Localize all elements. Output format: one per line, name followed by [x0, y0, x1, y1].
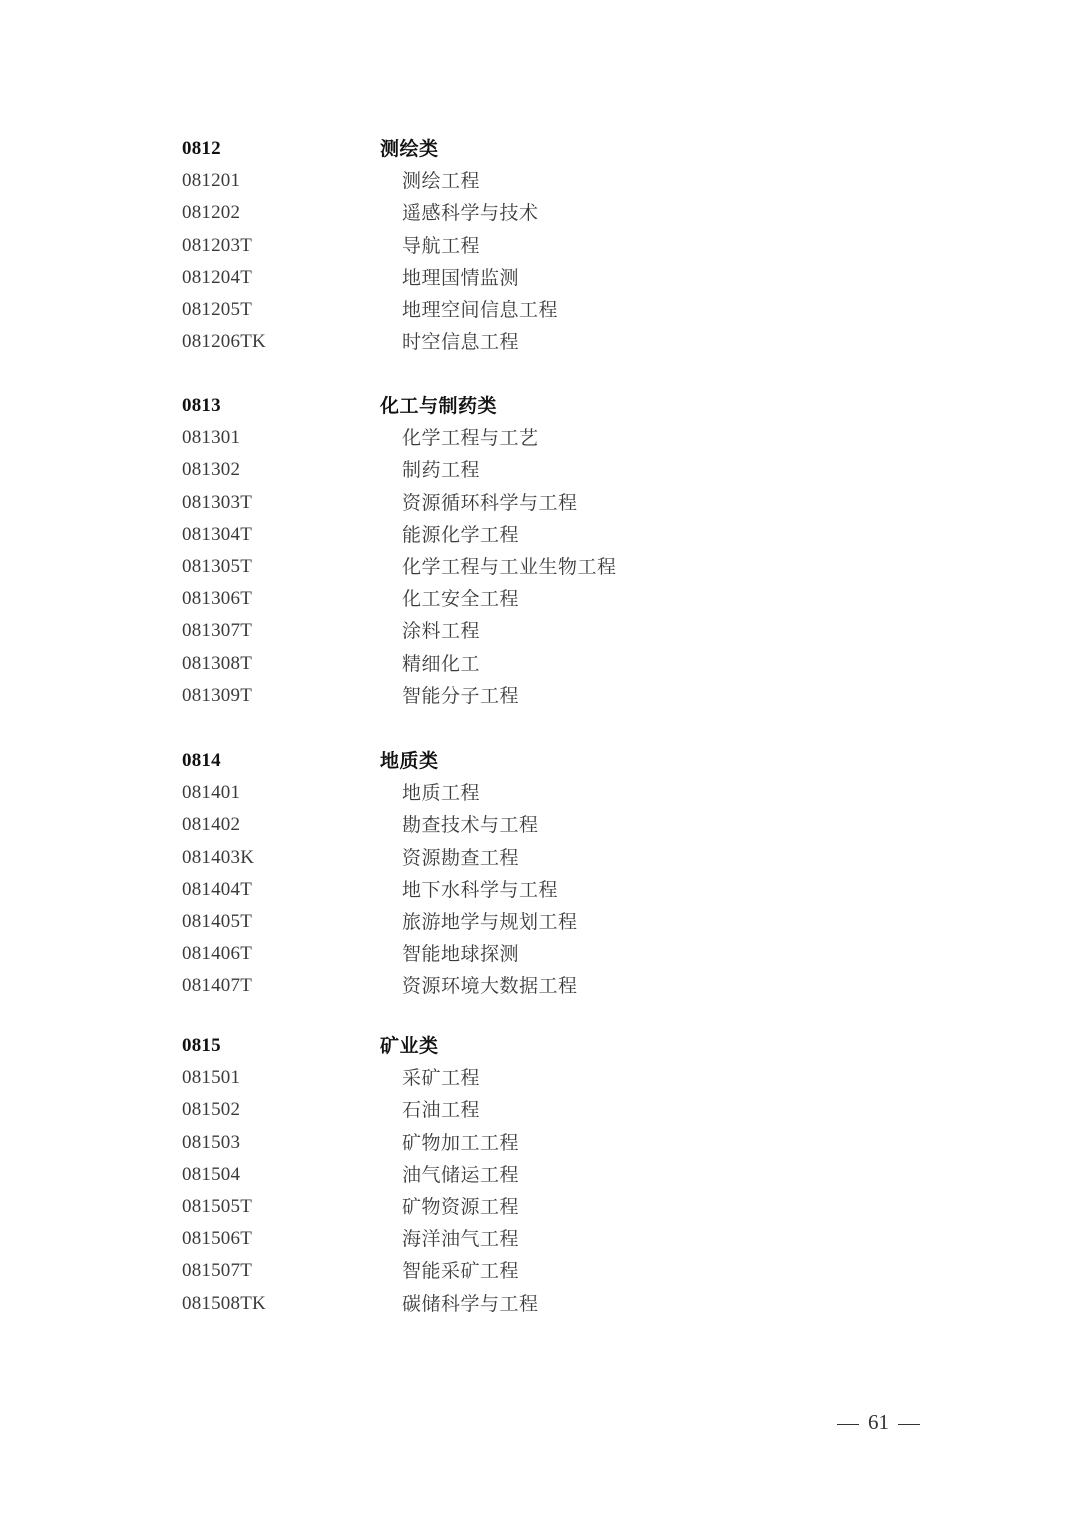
major-code: 081204T	[182, 262, 252, 294]
major-name: 地质工程	[402, 777, 480, 809]
list-item: 081403K 资源勘查工程	[182, 842, 782, 874]
dash-left-decoration	[837, 1424, 859, 1425]
major-name: 精细化工	[402, 648, 480, 680]
list-item: 081302 制药工程	[182, 454, 782, 486]
major-name: 智能分子工程	[402, 680, 519, 712]
list-item: 081405T 旅游地学与规划工程	[182, 906, 782, 938]
list-item: 081503 矿物加工工程	[182, 1127, 782, 1159]
list-item: 081309T 智能分子工程	[182, 680, 782, 712]
major-name: 矿物资源工程	[402, 1191, 519, 1223]
list-item: 081206TK 时空信息工程	[182, 326, 782, 358]
section-header: 0813 化工与制药类	[182, 390, 782, 422]
list-item: 081502 石油工程	[182, 1094, 782, 1126]
major-name: 资源循环科学与工程	[402, 487, 578, 519]
major-code: 081307T	[182, 615, 252, 647]
major-name: 采矿工程	[402, 1062, 480, 1094]
major-name: 资源环境大数据工程	[402, 970, 578, 1002]
list-item: 081505T 矿物资源工程	[182, 1191, 782, 1223]
list-item: 081301 化学工程与工艺	[182, 422, 782, 454]
list-item: 081204T 地理国情监测	[182, 262, 782, 294]
list-item: 081304T 能源化学工程	[182, 519, 782, 551]
section-0812: 0812 测绘类 081201 测绘工程 081202 遥感科学与技术 0812…	[182, 133, 782, 358]
section-title: 矿业类	[380, 1030, 439, 1062]
major-name: 石油工程	[402, 1094, 480, 1126]
major-code: 081305T	[182, 551, 252, 583]
major-code: 081508TK	[182, 1288, 266, 1320]
page-number-footer: 61	[828, 1410, 929, 1435]
section-code: 0813	[182, 390, 221, 422]
section-code: 0815	[182, 1030, 221, 1062]
list-item: 081402 勘查技术与工程	[182, 809, 782, 841]
major-code: 081306T	[182, 583, 252, 615]
section-header: 0812 测绘类	[182, 133, 782, 165]
major-code: 081503	[182, 1127, 240, 1159]
major-name: 测绘工程	[402, 165, 480, 197]
major-code: 081301	[182, 422, 240, 454]
list-item: 081305T 化学工程与工业生物工程	[182, 551, 782, 583]
list-item: 081508TK 碳储科学与工程	[182, 1288, 782, 1320]
list-item: 081407T 资源环境大数据工程	[182, 970, 782, 1002]
major-code: 081302	[182, 454, 240, 486]
section-title: 测绘类	[380, 133, 439, 165]
section-0815: 0815 矿业类 081501 采矿工程 081502 石油工程 081503 …	[182, 1030, 782, 1320]
list-item: 081202 遥感科学与技术	[182, 197, 782, 229]
list-item: 081308T 精细化工	[182, 648, 782, 680]
major-name: 勘查技术与工程	[402, 809, 539, 841]
major-code: 081401	[182, 777, 240, 809]
major-code: 081407T	[182, 970, 252, 1002]
major-code: 081304T	[182, 519, 252, 551]
list-item: 081306T 化工安全工程	[182, 583, 782, 615]
major-code: 081404T	[182, 874, 252, 906]
list-item: 081201 测绘工程	[182, 165, 782, 197]
major-name: 油气储运工程	[402, 1159, 519, 1191]
list-item: 081507T 智能采矿工程	[182, 1255, 782, 1287]
list-item: 081501 采矿工程	[182, 1062, 782, 1094]
major-name: 海洋油气工程	[402, 1223, 519, 1255]
section-title: 化工与制药类	[380, 390, 497, 422]
major-code: 081202	[182, 197, 240, 229]
major-code: 081504	[182, 1159, 240, 1191]
section-0813: 0813 化工与制药类 081301 化学工程与工艺 081302 制药工程 0…	[182, 390, 782, 712]
major-name: 旅游地学与规划工程	[402, 906, 578, 938]
major-code: 081506T	[182, 1223, 252, 1255]
section-header: 0814 地质类	[182, 745, 782, 777]
list-item: 081401 地质工程	[182, 777, 782, 809]
major-code: 081502	[182, 1094, 240, 1126]
list-item: 081404T 地下水科学与工程	[182, 874, 782, 906]
major-code: 081205T	[182, 294, 252, 326]
list-item: 081406T 智能地球探测	[182, 938, 782, 970]
major-name: 遥感科学与技术	[402, 197, 539, 229]
major-name: 矿物加工工程	[402, 1127, 519, 1159]
major-code: 081403K	[182, 842, 254, 874]
major-name: 地理空间信息工程	[402, 294, 558, 326]
section-code: 0814	[182, 745, 221, 777]
major-code: 081203T	[182, 230, 252, 262]
list-item: 081504 油气储运工程	[182, 1159, 782, 1191]
major-code: 081405T	[182, 906, 252, 938]
major-code: 081507T	[182, 1255, 252, 1287]
section-0814: 0814 地质类 081401 地质工程 081402 勘查技术与工程 0814…	[182, 745, 782, 1003]
major-name: 地理国情监测	[402, 262, 519, 294]
major-code: 081505T	[182, 1191, 252, 1223]
major-code: 081303T	[182, 487, 252, 519]
list-item: 081203T 导航工程	[182, 230, 782, 262]
major-name: 智能地球探测	[402, 938, 519, 970]
page-number: 61	[868, 1410, 889, 1434]
major-code: 081501	[182, 1062, 240, 1094]
major-name: 智能采矿工程	[402, 1255, 519, 1287]
major-name: 制药工程	[402, 454, 480, 486]
list-item: 081205T 地理空间信息工程	[182, 294, 782, 326]
major-code: 081406T	[182, 938, 252, 970]
major-name: 时空信息工程	[402, 326, 519, 358]
list-item: 081303T 资源循环科学与工程	[182, 487, 782, 519]
list-item: 081307T 涂料工程	[182, 615, 782, 647]
document-page: 0812 测绘类 081201 测绘工程 081202 遥感科学与技术 0812…	[0, 0, 1080, 1528]
section-title: 地质类	[380, 745, 439, 777]
section-header: 0815 矿业类	[182, 1030, 782, 1062]
major-code: 081309T	[182, 680, 252, 712]
list-item: 081506T 海洋油气工程	[182, 1223, 782, 1255]
major-name: 导航工程	[402, 230, 480, 262]
major-name: 碳储科学与工程	[402, 1288, 539, 1320]
major-code: 081402	[182, 809, 240, 841]
major-name: 能源化学工程	[402, 519, 519, 551]
major-name: 资源勘查工程	[402, 842, 519, 874]
major-name: 地下水科学与工程	[402, 874, 558, 906]
major-name: 化学工程与工业生物工程	[402, 551, 617, 583]
section-code: 0812	[182, 133, 221, 165]
major-name: 化工安全工程	[402, 583, 519, 615]
dash-right-decoration	[898, 1424, 920, 1425]
major-name: 涂料工程	[402, 615, 480, 647]
major-code: 081201	[182, 165, 240, 197]
major-code: 081206TK	[182, 326, 266, 358]
major-name: 化学工程与工艺	[402, 422, 539, 454]
major-code: 081308T	[182, 648, 252, 680]
